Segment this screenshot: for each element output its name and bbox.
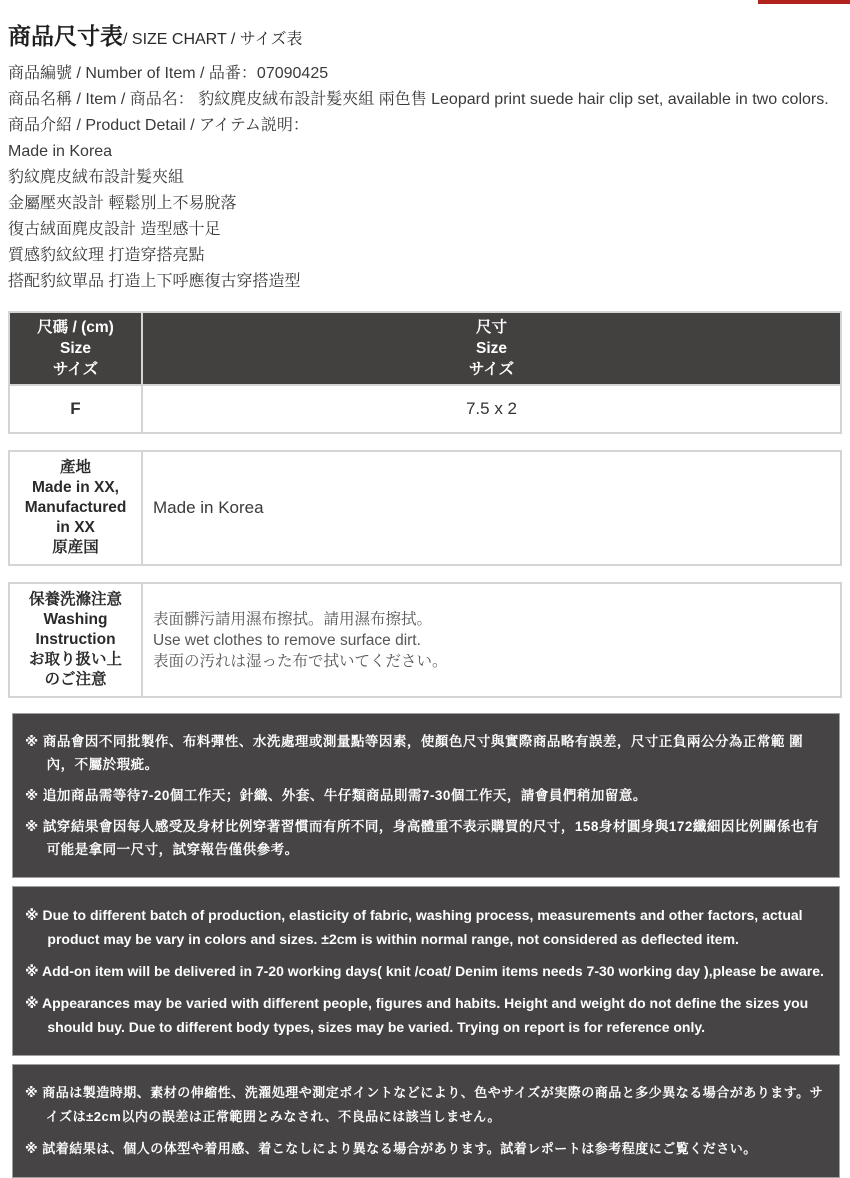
header-line: サイズ [145,359,838,380]
detail-line: 復古絨面麂皮設計 造型感十足 [8,217,842,243]
size-table-header-dimension-col: 尺寸 Size サイズ [142,312,841,385]
washing-value-line: 表面の汚れは湿った布で拭いてください。 [153,651,834,672]
disclaimer-paragraph: ※ 追加商品需等待7-20個工作天；針織、外套、牛仔類商品則需7-30個工作天，… [25,784,827,807]
page-title-rest: / SIZE CHART / サイズ表 [123,31,303,48]
label-line: Washing [12,610,139,630]
disclaimer-paragraph: ※ Add-on item will be delivered in 7-20 … [25,959,827,983]
detail-line: 搭配豹紋單品 打造上下呼應復古穿搭造型 [8,269,842,295]
size-chart-page: 商品尺寸表/ SIZE CHART / サイズ表 商品編號 / Number o… [0,0,850,1178]
origin-table-row: 產地 Made in XX, Manufactured in XX 原産国 Ma… [9,451,841,565]
header-line: Size [12,338,139,359]
disclaimer-paragraph: ※ 試着結果は、個人の体型や着用感、着こなしにより異なる場合があります。試着レポ… [25,1137,827,1161]
label-line: お取り扱い上 [12,650,139,670]
header-line: Size [145,338,838,359]
washing-table-row: 保養洗滌注意 Washing Instruction お取り扱い上 のご注意 表… [9,583,841,697]
origin-value-cell: Made in Korea [142,451,841,565]
disclaimer-box-english: ※ Due to different batch of production, … [12,886,840,1056]
detail-line: 質感豹紋紋理 打造穿搭亮點 [8,243,842,269]
product-detail-lines: Made in Korea 豹紋麂皮絨布設計髮夾組 金屬壓夾設計 輕鬆別上不易脫… [8,139,842,295]
header-line: 尺寸 [145,317,838,338]
detail-line: 豹紋麂皮絨布設計髮夾組 [8,165,842,191]
washing-label-cell: 保養洗滌注意 Washing Instruction お取り扱い上 のご注意 [9,583,142,697]
label-line: in XX [12,518,139,538]
label-line: 保養洗滌注意 [12,590,139,610]
size-table-header-row: 尺碼 / (cm) Size サイズ 尺寸 Size サイズ [9,312,841,385]
washing-instruction-table: 保養洗滌注意 Washing Instruction お取り扱い上 のご注意 表… [8,582,842,698]
size-table: 尺碼 / (cm) Size サイズ 尺寸 Size サイズ F 7.5 x 2 [8,311,842,434]
product-detail-label: 商品介紹 / Product Detail / アイテム説明： [8,113,842,139]
washing-value-line: Use wet clothes to remove surface dirt. [153,630,834,651]
page-title-zh: 商品尺寸表 [8,23,123,49]
detail-line: 金屬壓夾設計 輕鬆別上不易脫落 [8,191,842,217]
size-table-header-size-col: 尺碼 / (cm) Size サイズ [9,312,142,385]
top-right-red-bar [758,0,850,4]
disclaimer-paragraph: ※ 商品會因不同批製作、布料彈性、水洗處理或測量點等因素，使顏色尺寸與實際商品略… [25,730,827,776]
item-name-line: 商品名稱 / Item / 商品名： 豹紋麂皮絨布設計髮夾組 兩色售 Leopa… [8,87,842,113]
detail-line: Made in Korea [8,139,842,165]
washing-value-line: 表面髒污請用濕布擦拭。請用濕布擦拭。 [153,609,834,630]
header-line: サイズ [12,359,139,380]
washing-value-cell: 表面髒污請用濕布擦拭。請用濕布擦拭。 Use wet clothes to re… [142,583,841,697]
page-title: 商品尺寸表/ SIZE CHART / サイズ表 [8,18,842,51]
disclaimer-box-japanese: ※ 商品は製造時期、素材の伸縮性、洗濯処理や測定ポイントなどにより、色やサイズが… [12,1064,840,1178]
disclaimer-box-chinese: ※ 商品會因不同批製作、布料彈性、水洗處理或測量點等因素，使顏色尺寸與實際商品略… [12,713,840,878]
label-line: のご注意 [12,670,139,690]
label-line: Made in XX, [12,478,139,498]
disclaimer-paragraph: ※ Due to different batch of production, … [25,903,827,951]
dimension-value-cell: 7.5 x 2 [142,385,841,433]
origin-table: 產地 Made in XX, Manufactured in XX 原産国 Ma… [8,450,842,566]
item-number-line: 商品編號 / Number of Item / 品番：07090425 [8,61,842,87]
label-line: Instruction [12,630,139,650]
size-table-row: F 7.5 x 2 [9,385,841,433]
disclaimer-paragraph: ※ 商品は製造時期、素材の伸縮性、洗濯処理や測定ポイントなどにより、色やサイズが… [25,1081,827,1129]
disclaimer-paragraph: ※ Appearances may be varied with differe… [25,991,827,1039]
header-line: 尺碼 / (cm) [12,317,139,338]
label-line: 原産国 [12,538,139,558]
disclaimer-paragraph: ※ 試穿結果會因每人感受及身材比例穿著習慣而有所不同，身高體重不表示購買的尺寸，… [25,815,827,861]
label-line: 產地 [12,458,139,478]
origin-label-cell: 產地 Made in XX, Manufactured in XX 原産国 [9,451,142,565]
size-value-cell: F [9,385,142,433]
label-line: Manufactured [12,498,139,518]
